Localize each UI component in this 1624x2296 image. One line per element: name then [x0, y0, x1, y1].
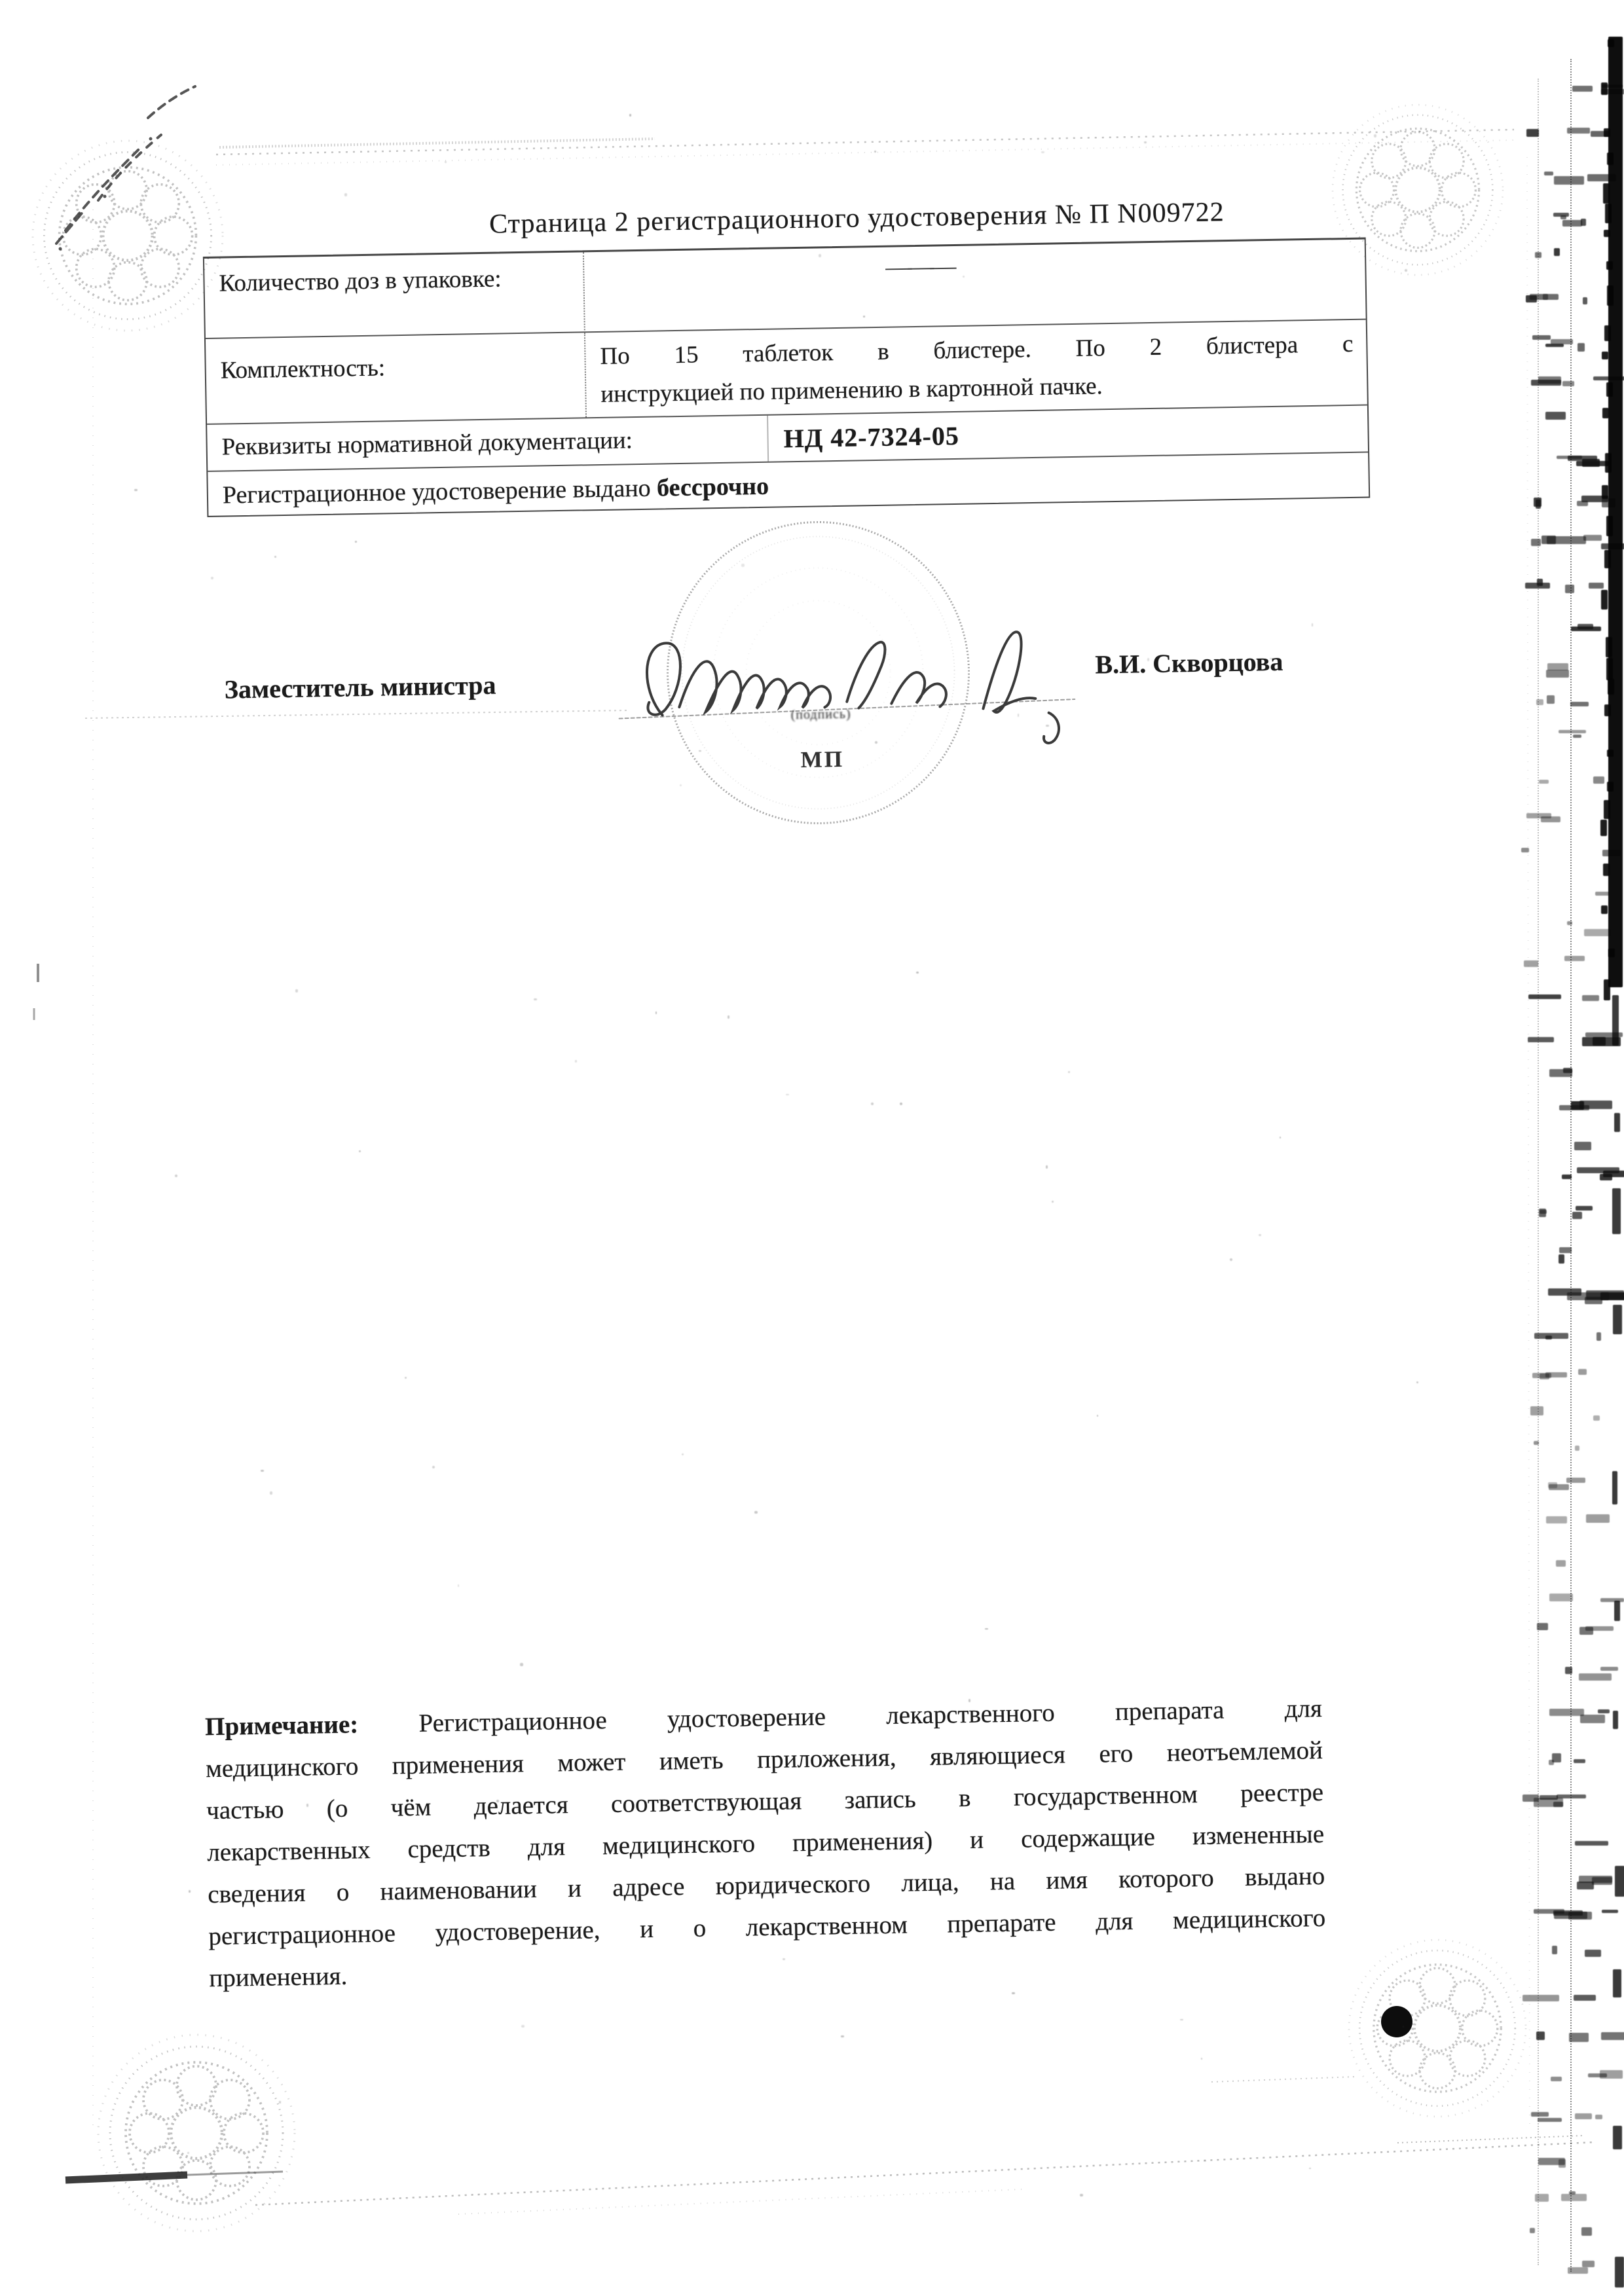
- scan-smudge: [1416, 1381, 1418, 1383]
- scan-smudge: [1546, 1516, 1567, 1523]
- scan-smudge: [1528, 994, 1561, 998]
- scan-smudge: [969, 1699, 970, 1702]
- scan-smudge: [1578, 343, 1585, 352]
- scan-smudge: [1583, 535, 1602, 541]
- scan-smudge: [445, 161, 447, 163]
- scan-smudge: [1547, 663, 1568, 670]
- scan-smudge: [1562, 381, 1574, 386]
- scan-smudge: [871, 1102, 874, 1106]
- scan-smudge: [521, 2025, 524, 2027]
- scan-smudge: [1180, 2019, 1183, 2020]
- scan-smudge: [1569, 2033, 1589, 2042]
- scan-smudge: [1537, 579, 1543, 586]
- scan-smudge: [1569, 2191, 1576, 2195]
- scan-smudge: [1374, 134, 1376, 137]
- scan-smudge: [1565, 585, 1574, 593]
- scan-smudge: [875, 741, 877, 744]
- scan-smudge: [1144, 141, 1147, 143]
- scan-smudge: [1553, 1910, 1583, 1916]
- scan-smudge: [1614, 1601, 1620, 1621]
- scan-smudge: [1554, 248, 1560, 256]
- scan-smudge: [1535, 252, 1541, 258]
- scan-smudge: [1522, 1995, 1559, 2001]
- scan-smudge: [187, 2152, 189, 2154]
- scan-smudge: [1526, 813, 1551, 818]
- scan-smudge: [1605, 204, 1612, 223]
- scan-smudge: [261, 1470, 264, 1471]
- scan-smudge: [1536, 500, 1540, 509]
- scan-smudge: [1270, 658, 1272, 659]
- scan-smudge: [1607, 285, 1614, 306]
- scan-smudge: [1606, 261, 1613, 270]
- scan-smudge: [1604, 800, 1610, 818]
- scan-smudge: [496, 1800, 499, 1802]
- scan-smudge: [1537, 1623, 1548, 1630]
- scan-smudge: [295, 989, 298, 993]
- scan-smudge: [1573, 735, 1582, 738]
- scan-smudge: [1601, 590, 1608, 610]
- scan-vertical-line: [1570, 59, 1572, 2272]
- scan-smudge: [1204, 2160, 1206, 2162]
- scan-smudge: [1046, 1165, 1048, 1169]
- scan-smudge: [1585, 1626, 1614, 1631]
- scan-smudge: [1608, 679, 1614, 695]
- scan-smudge: [900, 1102, 902, 1105]
- scan-smudge: [1608, 37, 1623, 987]
- scan-smudge: [1536, 2032, 1545, 2040]
- scan-smudge: [1578, 1369, 1587, 1374]
- scan-smudge: [1613, 2126, 1622, 2149]
- scan-smudge: [1577, 501, 1588, 506]
- scan-smudge: [728, 1015, 729, 1019]
- scan-smudge: [1553, 213, 1569, 217]
- scan-smudge: [1608, 39, 1614, 47]
- scan-smudge: [1582, 995, 1599, 1001]
- scan-smudge: [1603, 864, 1610, 876]
- scan-smudge: [405, 1377, 407, 1379]
- scan-smudge: [1531, 2112, 1549, 2117]
- scan-smudge: [355, 541, 357, 543]
- scan-smudge: [1046, 725, 1049, 727]
- scan-smudge: [134, 489, 138, 492]
- scan-smudge: [1534, 1441, 1538, 1446]
- scan-smudge: [1604, 128, 1610, 137]
- scan-smudge: [1575, 1446, 1579, 1451]
- scan-smudge: [1530, 1406, 1543, 1415]
- scan-smudge: [680, 784, 682, 786]
- scan-smudge: [1538, 376, 1561, 384]
- scan-smudge: [1403, 2026, 1404, 2028]
- scan-smudge: [1589, 583, 1604, 589]
- scan-smudge: [1097, 1415, 1098, 1417]
- scan-smudge: [1522, 1795, 1538, 1802]
- scan-smudge: [819, 254, 821, 257]
- scan-smudge: [1593, 776, 1604, 783]
- scan-smudge: [359, 1150, 361, 1152]
- scan-smudge: [1080, 2194, 1083, 2196]
- scan-smudge: [1606, 658, 1613, 680]
- scan-smudge: [1052, 1201, 1054, 1203]
- scan-smudge: [1549, 1760, 1555, 1766]
- scan-smudge: [1526, 129, 1540, 137]
- scan-artifacts: [0, 0, 1624, 2296]
- scan-smudge: [1606, 382, 1613, 397]
- scan-smudge: [1230, 1258, 1232, 1261]
- scan-smudge: [1548, 1482, 1558, 1488]
- scan-smudge: [1602, 408, 1609, 418]
- scan-smudge: [1604, 704, 1611, 716]
- scan-smudge: [1552, 1946, 1557, 1954]
- scan-smudge: [1582, 2261, 1595, 2267]
- scan-smudge: [1583, 297, 1587, 304]
- scan-smudge: [432, 1466, 435, 1468]
- scan-smudge: [1604, 230, 1610, 237]
- scan-smudge: [1614, 1113, 1620, 1132]
- scan-smudge: [1309, 2168, 1311, 2169]
- scan-smudge: [1606, 516, 1613, 536]
- scan-smudge: [1600, 1667, 1618, 1670]
- scan-smudge: [1604, 325, 1611, 340]
- scan-smudge: [1607, 750, 1614, 757]
- scan-smudge: [1312, 623, 1313, 627]
- scan-smudge: [1280, 1137, 1281, 1139]
- scan-smudge: [1564, 956, 1584, 960]
- scan-smudge: [1538, 2118, 1562, 2122]
- scan-smudge: [1548, 1288, 1581, 1296]
- scan-smudge: [1584, 929, 1611, 936]
- scan-smudge: [189, 1890, 191, 1893]
- scan-smudge: [1557, 1795, 1585, 1798]
- scan-smudge: [1595, 2115, 1602, 2119]
- scan-smudge: [1602, 1910, 1618, 1913]
- scan-smudge: [1575, 1841, 1608, 1846]
- scan-smudge: [274, 556, 276, 558]
- scan-smudge: [1534, 1333, 1568, 1339]
- scan-smudge: [1530, 2228, 1535, 2233]
- scan-smudge: [458, 1584, 459, 1587]
- scan-smudge: [270, 1491, 272, 1494]
- scan-smudge: [1566, 1478, 1586, 1483]
- scan-smudge: [1579, 1673, 1611, 1681]
- scan-smudge: [1521, 848, 1529, 852]
- scan-smudge: [1012, 1992, 1015, 1994]
- scan-smudge: [175, 1175, 177, 1177]
- scan-smudge: [1574, 1759, 1585, 1762]
- scan-smudge: [1572, 1212, 1582, 1219]
- scan-smudge: [754, 1511, 757, 1513]
- scan-smudge: [1567, 921, 1572, 925]
- scan-smudge: [963, 276, 965, 278]
- scan-smudge: [1554, 176, 1584, 184]
- scan-smudge: [1615, 2257, 1624, 2287]
- scan-smudge: [699, 750, 701, 752]
- scan-smudge: [1557, 456, 1581, 459]
- scan-smudge: [1607, 153, 1614, 165]
- scan-smudge: [1041, 151, 1044, 153]
- scan-smudge: [1567, 128, 1591, 134]
- scan-smudge: [1615, 1866, 1624, 1897]
- scan-smudge: [1147, 658, 1150, 661]
- scan-smudge: [1528, 1037, 1554, 1042]
- scan-smudge: [1574, 1142, 1592, 1150]
- scan-smudge: [1595, 892, 1609, 895]
- scan-smudge: [868, 219, 871, 221]
- scan-smudge: [1545, 344, 1564, 348]
- scan-smudge: [1607, 782, 1614, 792]
- scan-smudge: [1601, 82, 1608, 95]
- scan-smudge: [1524, 960, 1538, 967]
- scan-smudge: [1565, 1667, 1572, 1674]
- scan-smudge: [655, 1011, 657, 1014]
- scan-smudge: [1585, 1950, 1601, 1956]
- scan-smudge: [1577, 1882, 1594, 1890]
- scan-smudge: [1582, 459, 1599, 467]
- scan-smudge: [682, 1453, 684, 1455]
- scan-smudge: [1592, 1877, 1613, 1885]
- scan-smudge: [1570, 702, 1589, 707]
- scan-smudge: [1606, 637, 1612, 657]
- scan-smudge: [1559, 1254, 1564, 1263]
- scan-smudge: [786, 1094, 789, 1095]
- scan-smudge: [629, 114, 631, 117]
- scan-smudge: [1559, 1247, 1572, 1253]
- scan-smudge: [1536, 699, 1543, 704]
- scan-smudge: [1532, 335, 1551, 340]
- scan-smudge: [1572, 86, 1593, 92]
- scan-smudge: [1543, 294, 1547, 300]
- scan-smudge: [1593, 1415, 1600, 1421]
- scan-smudge: [1551, 2077, 1561, 2081]
- scan-smudge: [344, 193, 347, 196]
- scan-smudge: [1612, 1188, 1621, 1234]
- scan-smudge: [1601, 905, 1608, 914]
- scanned-certificate-page: Страница 2 регистрационного удостоверени…: [0, 0, 1624, 2296]
- scan-smudge: [1568, 2267, 1587, 2274]
- scan-smudge: [1579, 1101, 1612, 1109]
- scan-smudge: [1605, 453, 1612, 473]
- scan-smudge: [1018, 714, 1019, 717]
- scan-smudge: [1535, 2194, 1549, 2202]
- scan-smudge: [1561, 2194, 1587, 2201]
- scan-smudge: [1608, 949, 1615, 957]
- scan-smudge: [1549, 1594, 1573, 1601]
- scan-smudge: [1540, 1210, 1547, 1214]
- scan-smudge: [783, 1958, 785, 1960]
- scan-smudge: [1613, 1711, 1618, 1729]
- scan-smudge: [741, 564, 745, 566]
- scan-vertical-line: [1538, 79, 1539, 2265]
- scan-smudge: [1600, 1598, 1623, 1601]
- scan-smudge: [1578, 624, 1593, 629]
- scan-smudge: [1580, 1715, 1605, 1723]
- scan-smudge: [1586, 1290, 1624, 1299]
- scan-smudge: [1540, 1795, 1558, 1799]
- scan-smudge: [1575, 2113, 1593, 2119]
- scan-smudge: [1601, 2032, 1624, 2040]
- scan-smudge: [279, 2101, 281, 2104]
- scan-smudge: [1600, 2070, 1623, 2079]
- scan-smudge: [1596, 1332, 1600, 1341]
- scan-smudge: [1603, 1171, 1624, 1177]
- scan-smudge: [1531, 539, 1541, 546]
- scan-smudge: [1613, 1969, 1621, 1997]
- scan-smudge: [1603, 183, 1610, 204]
- scan-smudge: [306, 1804, 308, 1807]
- scan-smudge: [575, 1060, 577, 1063]
- scan-smudge: [1563, 1068, 1572, 1073]
- scan-smudge: [1556, 1560, 1566, 1567]
- scan-smudge: [1068, 1071, 1070, 1074]
- scan-smudge: [1574, 1995, 1596, 2001]
- scan-smudge: [1586, 1514, 1610, 1523]
- scan-smudge: [874, 151, 876, 153]
- scan-smudge: [1559, 730, 1586, 733]
- scan-smudge: [1541, 536, 1556, 543]
- scan-smudge: [1562, 220, 1583, 227]
- scan-smudge: [534, 998, 537, 1000]
- scan-smudge: [1602, 485, 1608, 499]
- scan-smudge: [1604, 550, 1611, 568]
- scan-smudge: [1549, 1709, 1584, 1716]
- scan-smudge: [1539, 780, 1549, 784]
- scan-smudge: [610, 1762, 612, 1765]
- scan-smudge: [1405, 269, 1407, 271]
- scan-smudge: [1544, 172, 1553, 175]
- scan-smudge: [1598, 1709, 1610, 1713]
- scan-smudge: [1547, 695, 1555, 704]
- scan-smudge: [1545, 1372, 1567, 1377]
- scan-smudge: [520, 1663, 523, 1666]
- scan-smudge: [1581, 2227, 1592, 2236]
- scan-smudge: [1545, 412, 1566, 419]
- scan-smudge: [1546, 670, 1569, 678]
- scan-smudge: [1538, 2158, 1565, 2166]
- scan-smudge: [1613, 1305, 1622, 1334]
- scan-smudge: [1602, 352, 1608, 360]
- scan-smudge: [1600, 820, 1607, 836]
- scan-smudge: [985, 1628, 988, 1630]
- scan-smudge: [916, 972, 919, 974]
- scan-smudge: [1612, 995, 1619, 1046]
- scan-smudge: [863, 316, 865, 318]
- scan-smudge: [1259, 1234, 1261, 1236]
- scan-smudge: [1612, 1471, 1618, 1504]
- scan-smudge: [211, 577, 213, 579]
- scan-smudge: [1581, 219, 1586, 226]
- scan-smudge: [1576, 1206, 1592, 1211]
- scan-smudge: [1553, 1802, 1563, 1806]
- scan-smudge: [1604, 979, 1610, 1000]
- scan-smudge: [1562, 1175, 1572, 1179]
- scan-smudge: [1201, 2058, 1202, 2060]
- scan-smudge: [841, 2035, 843, 2037]
